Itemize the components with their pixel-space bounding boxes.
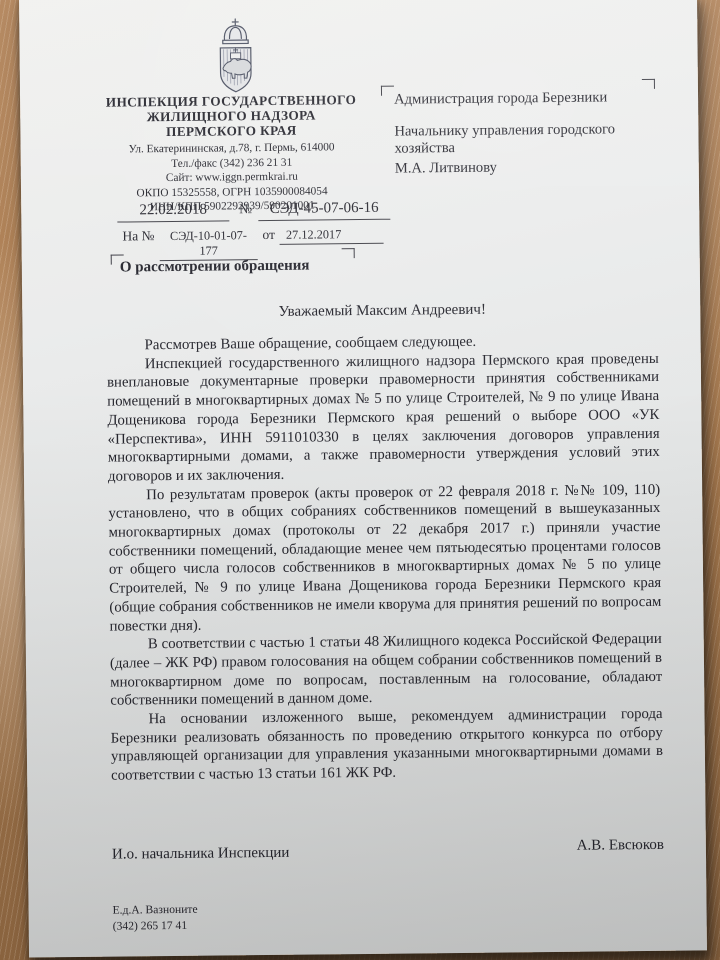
recipient-position: Начальнику управления городского хозяйст…: [394, 120, 666, 158]
executor-block: Е.д.А. Вазноните (342) 265 17 41: [112, 902, 197, 935]
letter-body: Рассмотрев Ваше обращение, сообщаем след…: [107, 331, 664, 786]
body-paragraph: В соответствии с частью 1 статьи 48 Жили…: [110, 630, 663, 711]
reply-from-label: от: [262, 227, 275, 243]
salutation: Уважаемый Максим Андреевич!: [106, 300, 658, 323]
recipient-corner-mark-left: [381, 86, 394, 96]
photo-background: { "colors": { "paper": "#e9eaea", "desk_…: [0, 0, 720, 960]
body-paragraph: На основании изложенного выше, рекоменду…: [110, 705, 663, 786]
body-paragraph: По результатам проверок (акты проверок о…: [108, 481, 662, 636]
numero-sign: №: [239, 201, 252, 217]
recipient-organization: Администрация города Березники: [394, 89, 666, 109]
signer-name: А.В. Евсюков: [577, 837, 664, 855]
recipient-name: М.А. Литвинову: [395, 157, 667, 177]
recipient-corner-mark-right: [642, 79, 655, 89]
reply-label: На №: [122, 228, 154, 244]
letter-number: СЭД-45-07-06-16: [258, 200, 390, 221]
letter-subject: О рассмотрении обращения: [120, 258, 310, 277]
executor-name: Е.д.А. Вазноните: [112, 902, 197, 919]
executor-phone: (342) 265 17 41: [113, 918, 198, 935]
reply-date: 27.12.2017: [280, 227, 384, 245]
org-name-line: ПЕРМСКОГО КРАЯ: [76, 122, 386, 140]
letter-date: 22.02.2018: [117, 201, 229, 222]
paper-sheet: ИНСПЕКЦИЯ ГОСУДАРСТВЕННОГО ЖИЛИЩНОГО НАД…: [19, 0, 707, 958]
outgoing-reference-row: 22.02.2018 № СЭД-45-07-06-16: [117, 200, 397, 223]
subject-corner-mark-right: [342, 248, 355, 258]
body-paragraph: Инспекцией государственного жилищного на…: [107, 350, 660, 487]
reply-number: СЭД-10-01-07-177: [159, 228, 257, 261]
recipient-block: Администрация города Березники Начальник…: [394, 89, 667, 178]
signer-position: И.о. начальника Инспекции: [112, 845, 290, 864]
signature-row: И.о. начальника Инспекции А.В. Евсюков: [112, 841, 664, 864]
letterhead-org-name: ИНСПЕКЦИЯ ГОСУДАРСТВЕННОГО ЖИЛИЩНОГО НАД…: [76, 92, 386, 140]
